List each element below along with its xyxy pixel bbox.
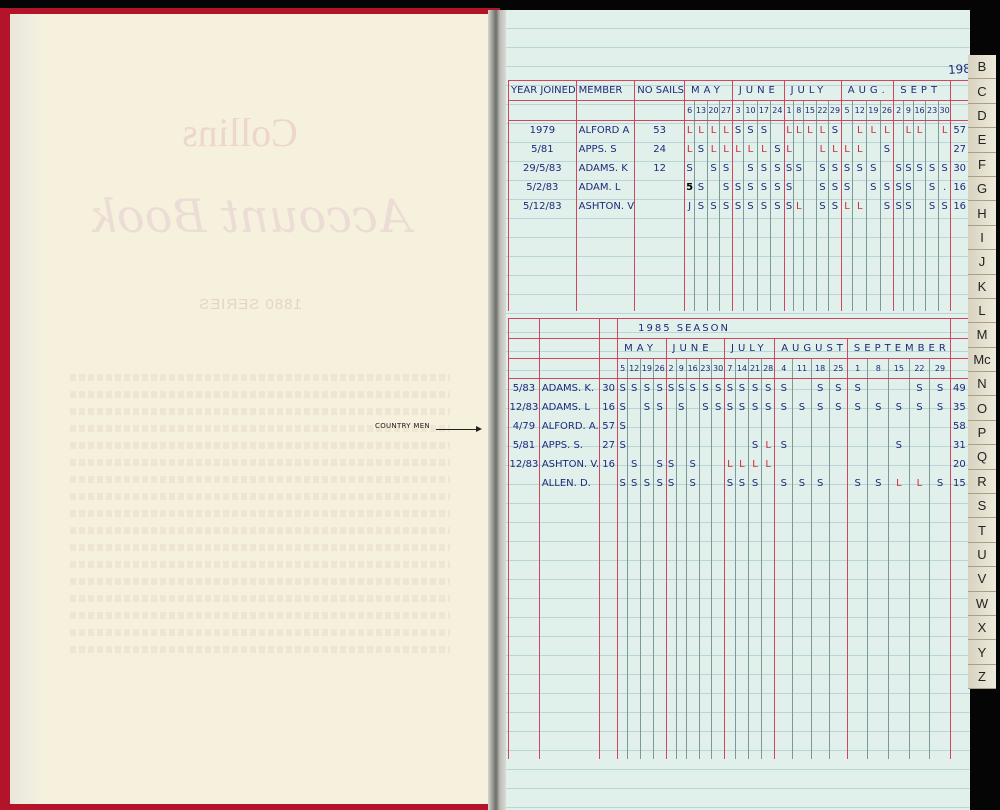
cell (793, 721, 811, 740)
cell (600, 626, 618, 645)
cell (829, 607, 847, 626)
month-header: JULY (725, 339, 775, 359)
cell (793, 607, 811, 626)
cell (686, 740, 699, 759)
attendance-mark: S (695, 178, 708, 197)
member-row: 29/5/83ADAMS. K12SSSSSSSSSSSSSSSSSS30 (509, 159, 969, 178)
attendance-mark (628, 398, 641, 417)
index-tab-e[interactable]: E (968, 128, 996, 152)
index-tab-u[interactable]: U (968, 543, 996, 567)
attendance-mark (804, 159, 817, 178)
index-tab-s[interactable]: S (968, 494, 996, 518)
cell (699, 531, 712, 550)
date-header: 23 (699, 359, 712, 379)
cell (676, 702, 686, 721)
cell (712, 664, 725, 683)
attendance-mark: S (938, 197, 951, 216)
cell (889, 607, 910, 626)
attendance-mark: S (894, 159, 904, 178)
date-header: 10 (744, 101, 757, 121)
cell (951, 292, 968, 311)
cell (853, 235, 867, 254)
index-tab-l[interactable]: L (968, 299, 996, 323)
cell (744, 216, 757, 235)
index-tab-q[interactable]: Q (968, 445, 996, 469)
left-page: Collins Account Book 1880 SERIES (10, 14, 490, 804)
cell (628, 550, 641, 569)
cell (794, 235, 804, 254)
cell (775, 702, 793, 721)
attendance-mark: S (641, 379, 654, 399)
cell (653, 626, 666, 645)
cell (735, 607, 748, 626)
attendance-mark (666, 417, 676, 436)
cell (686, 588, 699, 607)
attendance-mark: S (867, 159, 881, 178)
date-header: 29 (930, 359, 951, 379)
attendance-mark (841, 121, 853, 141)
cell (539, 683, 599, 702)
cell (793, 683, 811, 702)
year-joined: 29/5/83 (509, 159, 577, 178)
cell (950, 607, 968, 626)
date-header: 28 (762, 359, 775, 379)
cell (618, 588, 628, 607)
index-tab-v[interactable]: V (968, 567, 996, 591)
cell (539, 702, 599, 721)
attendance-mark (930, 417, 951, 436)
blank (950, 319, 968, 339)
attendance-mark (628, 436, 641, 455)
cell (950, 683, 968, 702)
cell (829, 216, 842, 235)
cell (628, 702, 641, 721)
cell (666, 569, 676, 588)
cell (775, 664, 793, 683)
cell (641, 626, 654, 645)
attendance-mark: L (853, 140, 867, 159)
attendance-mark: S (904, 197, 914, 216)
attendance-mark: L (816, 140, 829, 159)
cell (641, 512, 654, 531)
index-tab-o[interactable]: O (968, 396, 996, 420)
cell (699, 740, 712, 759)
cell (509, 626, 540, 645)
cell (950, 569, 968, 588)
cell (509, 683, 540, 702)
cell (829, 235, 842, 254)
cell (695, 254, 708, 273)
attendance-mark: S (720, 197, 733, 216)
attendance-mark: S (757, 121, 770, 141)
index-tab-p[interactable]: P (968, 421, 996, 445)
cell (771, 273, 784, 292)
attendance-mark (793, 436, 811, 455)
month-header: MAY (618, 339, 666, 359)
index-tab-c[interactable]: C (968, 79, 996, 103)
index-tab-x[interactable]: X (968, 616, 996, 640)
cell (926, 254, 939, 273)
index-tab-n[interactable]: N (968, 372, 996, 396)
cell (628, 607, 641, 626)
index-tab-g[interactable]: G (968, 177, 996, 201)
member-row: ALLEN. D.SSSSSSSSSSSSSSLLS15 (509, 474, 969, 493)
cell (712, 702, 725, 721)
cell (676, 569, 686, 588)
cell (732, 235, 743, 254)
index-tab-r[interactable]: R (968, 470, 996, 494)
cell (926, 216, 939, 235)
cell (707, 254, 720, 273)
attendance-mark (794, 140, 804, 159)
attendance-mark (868, 436, 889, 455)
blank (600, 319, 618, 339)
index-tab-t[interactable]: T (968, 518, 996, 542)
cell (707, 292, 720, 311)
cell (847, 550, 868, 569)
cell (618, 626, 628, 645)
cell (666, 721, 676, 740)
member-row: 5/81APPS. S.27SSLSS31 (509, 436, 969, 455)
month-header: AUG. (841, 81, 894, 101)
cell (829, 626, 847, 645)
attendance-mark: L (889, 474, 910, 493)
cell (784, 254, 794, 273)
cell (762, 683, 775, 702)
attendance-mark: S (735, 474, 748, 493)
index-tab-i[interactable]: I (968, 226, 996, 250)
cell (509, 721, 540, 740)
cell (539, 588, 599, 607)
cell (600, 531, 618, 550)
index-tab-w[interactable]: W (968, 592, 996, 616)
member-name: APPS. S (576, 140, 635, 159)
season-total: 57 (951, 121, 968, 141)
index-tab-z[interactable]: Z (968, 665, 996, 689)
attendance-mark (913, 197, 926, 216)
cell (628, 740, 641, 759)
cell (930, 702, 951, 721)
attendance-mark (909, 417, 930, 436)
cell (930, 740, 951, 759)
cell (880, 235, 894, 254)
cell (909, 740, 930, 759)
index-tab-b[interactable]: B (968, 55, 996, 79)
date-header: 26 (880, 101, 894, 121)
cell (775, 588, 793, 607)
date-header: 12 (853, 101, 867, 121)
season-total: 31 (950, 436, 968, 455)
cell (699, 626, 712, 645)
cell (653, 588, 666, 607)
cell (951, 235, 968, 254)
attendance-mark: S (641, 474, 654, 493)
cell (909, 664, 930, 683)
cell (880, 254, 894, 273)
cell (712, 721, 725, 740)
cell (930, 607, 951, 626)
cell (904, 292, 914, 311)
attendance-mark (867, 197, 881, 216)
cell (600, 550, 618, 569)
date-header: 12 (628, 359, 641, 379)
year-joined: 5/2/83 (509, 178, 577, 197)
cell (775, 645, 793, 664)
cell (794, 254, 804, 273)
cell (762, 588, 775, 607)
year-joined: 5/83 (509, 379, 540, 399)
index-tab-d[interactable]: D (968, 104, 996, 128)
cell (712, 531, 725, 550)
attendance-mark: S (641, 398, 654, 417)
attendance-mark: S (732, 121, 743, 141)
index-tab-j[interactable]: J (968, 250, 996, 274)
cell (686, 493, 699, 512)
cell (829, 588, 847, 607)
year-joined: 5/81 (509, 436, 540, 455)
cell (748, 512, 761, 531)
cell (618, 645, 628, 664)
cell (712, 512, 725, 531)
cell (811, 702, 829, 721)
index-tab-y[interactable]: Y (968, 640, 996, 664)
cell (539, 645, 599, 664)
cell (600, 569, 618, 588)
cell (930, 683, 951, 702)
cell (653, 493, 666, 512)
attendance-mark: S (748, 379, 761, 399)
cell (811, 588, 829, 607)
cell (635, 292, 685, 311)
cell (725, 531, 736, 550)
attendance-mark (793, 417, 811, 436)
attendance-mark: S (712, 379, 725, 399)
cell (950, 721, 968, 740)
attendance-mark (829, 417, 847, 436)
cell (909, 626, 930, 645)
index-tab-m[interactable]: M (968, 323, 996, 347)
cell (868, 531, 889, 550)
cell (695, 292, 708, 311)
attendance-mark: S (744, 121, 757, 141)
attendance-mark: L (794, 197, 804, 216)
member-name: ADAMS. K (576, 159, 635, 178)
cell (725, 702, 736, 721)
book-spine (488, 10, 508, 810)
index-tab-mc[interactable]: Mc (968, 348, 996, 372)
attendance-mark (686, 398, 699, 417)
cell (539, 550, 599, 569)
cell (618, 664, 628, 683)
attendance-mark (686, 436, 699, 455)
cell (811, 721, 829, 740)
cell (735, 664, 748, 683)
cell (653, 664, 666, 683)
date-header: 5 (841, 101, 853, 121)
attendance-mark (913, 140, 926, 159)
member-name: ADAMS. L (539, 398, 599, 417)
cell (909, 531, 930, 550)
member-row: 12/83ADAMS. L16SSSSSSSSSSSSSSSSSSS35 (509, 398, 969, 417)
cell (829, 721, 847, 740)
attendance-mark (804, 197, 817, 216)
cell (811, 531, 829, 550)
blank (539, 319, 599, 339)
cell (618, 740, 628, 759)
cell (628, 721, 641, 740)
year-joined-header (509, 339, 540, 359)
cell (930, 588, 951, 607)
attendance-mark: S (775, 474, 793, 493)
season-1985-table: 1985 SEASONMAYJUNEJULYAUGUSTSEPTEMBER512… (508, 318, 968, 759)
cell (600, 683, 618, 702)
cell (707, 235, 720, 254)
attendance-mark (889, 379, 910, 399)
cell (867, 254, 881, 273)
cell (880, 216, 894, 235)
cell (950, 740, 968, 759)
cell (695, 216, 708, 235)
attendance-mark (653, 417, 666, 436)
cell (775, 531, 793, 550)
attendance-mark: S (628, 474, 641, 493)
index-tab-f[interactable]: F (968, 153, 996, 177)
attendance-mark (775, 455, 793, 474)
cell (811, 607, 829, 626)
date-header: 7 (725, 359, 736, 379)
cell (576, 254, 635, 273)
attendance-mark: S (618, 474, 628, 493)
attendance-mark (909, 455, 930, 474)
cell (600, 645, 618, 664)
cell (775, 721, 793, 740)
cell (628, 645, 641, 664)
cell (829, 683, 847, 702)
attendance-mark: S (909, 398, 930, 417)
cell (618, 531, 628, 550)
cell (775, 512, 793, 531)
date-header: 27 (720, 101, 733, 121)
index-tab-h[interactable]: H (968, 201, 996, 225)
member-header: MEMBER (576, 81, 635, 101)
cell (685, 292, 695, 311)
cell (867, 292, 881, 311)
cell (707, 216, 720, 235)
cell (950, 702, 968, 721)
cell (841, 254, 853, 273)
cell (744, 254, 757, 273)
attendance-mark (712, 474, 725, 493)
cell (950, 359, 968, 379)
sail-count: 16 (600, 455, 618, 474)
cell (889, 740, 910, 759)
attendance-mark: S (794, 159, 804, 178)
cell (784, 292, 794, 311)
cell (793, 531, 811, 550)
cell (889, 702, 910, 721)
cell (930, 493, 951, 512)
sail-count: 27 (600, 436, 618, 455)
attendance-mark: S (762, 379, 775, 399)
attendance-mark (926, 121, 939, 141)
brand-show-through: Collins (0, 109, 480, 156)
cell (635, 273, 685, 292)
cell (775, 626, 793, 645)
cell (725, 588, 736, 607)
year-joined: 12/83 (509, 398, 540, 417)
cell (847, 626, 868, 645)
attendance-mark: S (653, 474, 666, 493)
cell (735, 721, 748, 740)
attendance-mark (712, 417, 725, 436)
cell (748, 550, 761, 569)
attendance-mark (641, 455, 654, 474)
cell (775, 607, 793, 626)
year-joined: 4/79 (509, 417, 540, 436)
cell (811, 740, 829, 759)
cell (699, 664, 712, 683)
cell (847, 569, 868, 588)
cell (653, 569, 666, 588)
cell (938, 273, 951, 292)
cell (771, 292, 784, 311)
cell (771, 254, 784, 273)
cell (868, 512, 889, 531)
cell (775, 740, 793, 759)
member-row: 5/81APPS. S24LSLLLLLSLLLLLS27 (509, 140, 969, 159)
cell (811, 664, 829, 683)
cell (725, 683, 736, 702)
member-name: ALFORD A (576, 121, 635, 141)
total-header (951, 81, 968, 101)
cell (509, 254, 577, 273)
cell (909, 569, 930, 588)
country-men-note: COUNTRY MEN (375, 422, 430, 430)
member-row: 5/83ADAMS. K.30SSSSSSSSSSSSSSSSSSS49 (509, 379, 969, 399)
cell (686, 512, 699, 531)
cell (628, 626, 641, 645)
season-total: 30 (951, 159, 968, 178)
date-header: 21 (748, 359, 761, 379)
attendance-mark (938, 140, 951, 159)
cell (784, 273, 794, 292)
cell (794, 292, 804, 311)
attendance-mark: S (926, 178, 939, 197)
attendance-mark: S (829, 121, 842, 141)
cell (699, 721, 712, 740)
attendance-mark (707, 178, 720, 197)
cell (539, 740, 599, 759)
cell (913, 292, 926, 311)
index-tab-k[interactable]: K (968, 275, 996, 299)
cell (628, 664, 641, 683)
cell (811, 493, 829, 512)
date-header: 15 (889, 359, 910, 379)
attendance-mark (894, 140, 904, 159)
month-header: JULY (784, 81, 841, 101)
attendance-mark: S (880, 178, 894, 197)
cell (509, 607, 540, 626)
cell (793, 588, 811, 607)
cell (793, 740, 811, 759)
cell (666, 607, 676, 626)
cell (829, 645, 847, 664)
cell (926, 273, 939, 292)
alphabet-index-tabs: BCDEFGHIJKLMMcNOPQRSTUVWXYZ (968, 55, 996, 805)
attendance-mark (811, 436, 829, 455)
cell (628, 683, 641, 702)
attendance-mark: L (867, 121, 881, 141)
